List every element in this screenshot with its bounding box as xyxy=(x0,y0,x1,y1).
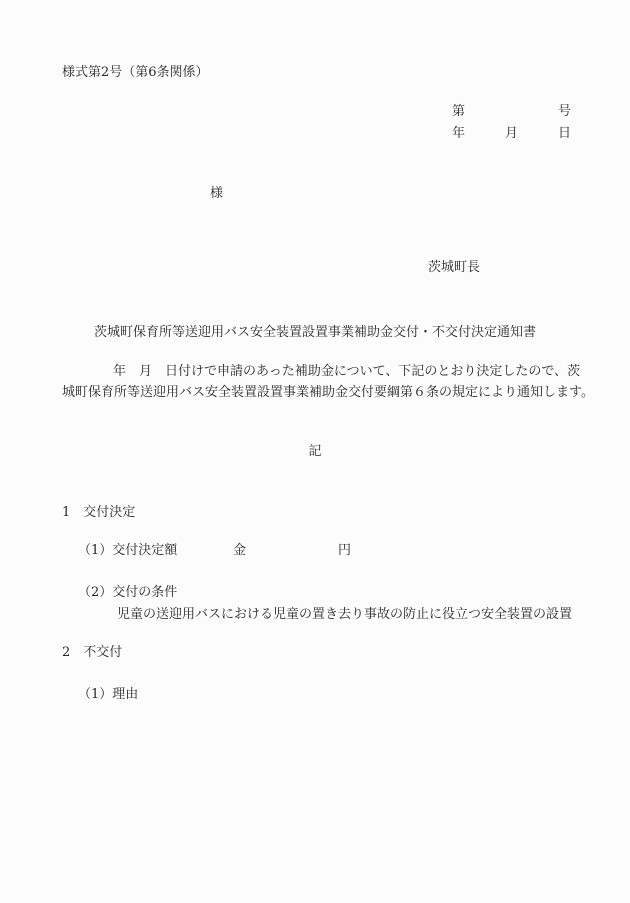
issuer-name: 茨城町長 xyxy=(428,260,480,275)
section2-heading: 2 不交付 xyxy=(62,645,122,660)
date-month-label: 月 xyxy=(505,126,518,141)
amount-suffix-label: 円 xyxy=(338,543,351,558)
body-paragraph-line2: 城町保育所等送迎用バス安全装置設置事業補助金交付要綱第６条の規定により通知します… xyxy=(62,385,594,400)
addressee-honorific: 様 xyxy=(210,186,223,201)
document-number-suffix: 号 xyxy=(558,104,571,119)
grant-condition-text: 児童の送迎用バスにおける児童の置き去り事故の防止に役立つ安全装置の設置 xyxy=(117,607,572,622)
date-year-label: 年 xyxy=(452,126,465,141)
date-row: 年 月 日 xyxy=(452,126,571,141)
grant-conditions-label: （2）交付の条件 xyxy=(78,585,177,600)
record-marker: 記 xyxy=(0,444,630,459)
document-title: 茨城町保育所等送迎用バス安全装置設置事業補助金交付・不交付決定通知書 xyxy=(0,325,630,340)
non-grant-reason-label: （1）理由 xyxy=(78,687,138,702)
date-day-label: 日 xyxy=(558,126,571,141)
form-number-label: 様式第2号（第6条関係） xyxy=(62,65,209,80)
document-number-row: 第 号 xyxy=(452,104,571,119)
document-number-prefix: 第 xyxy=(452,104,465,119)
body-paragraph-line1: 年 月 日付けで申請のあった補助金について、下記のとおり決定したので、茨 xyxy=(113,364,580,379)
grant-amount-label: （1）交付決定額 xyxy=(78,543,177,558)
amount-prefix-label: 金 xyxy=(233,543,246,558)
document-page: 様式第2号（第6条関係） 第 号 年 月 日 様 茨城町長 茨城町保育所等送迎用… xyxy=(0,0,630,903)
section1-heading: 1 交付決定 xyxy=(62,505,135,520)
